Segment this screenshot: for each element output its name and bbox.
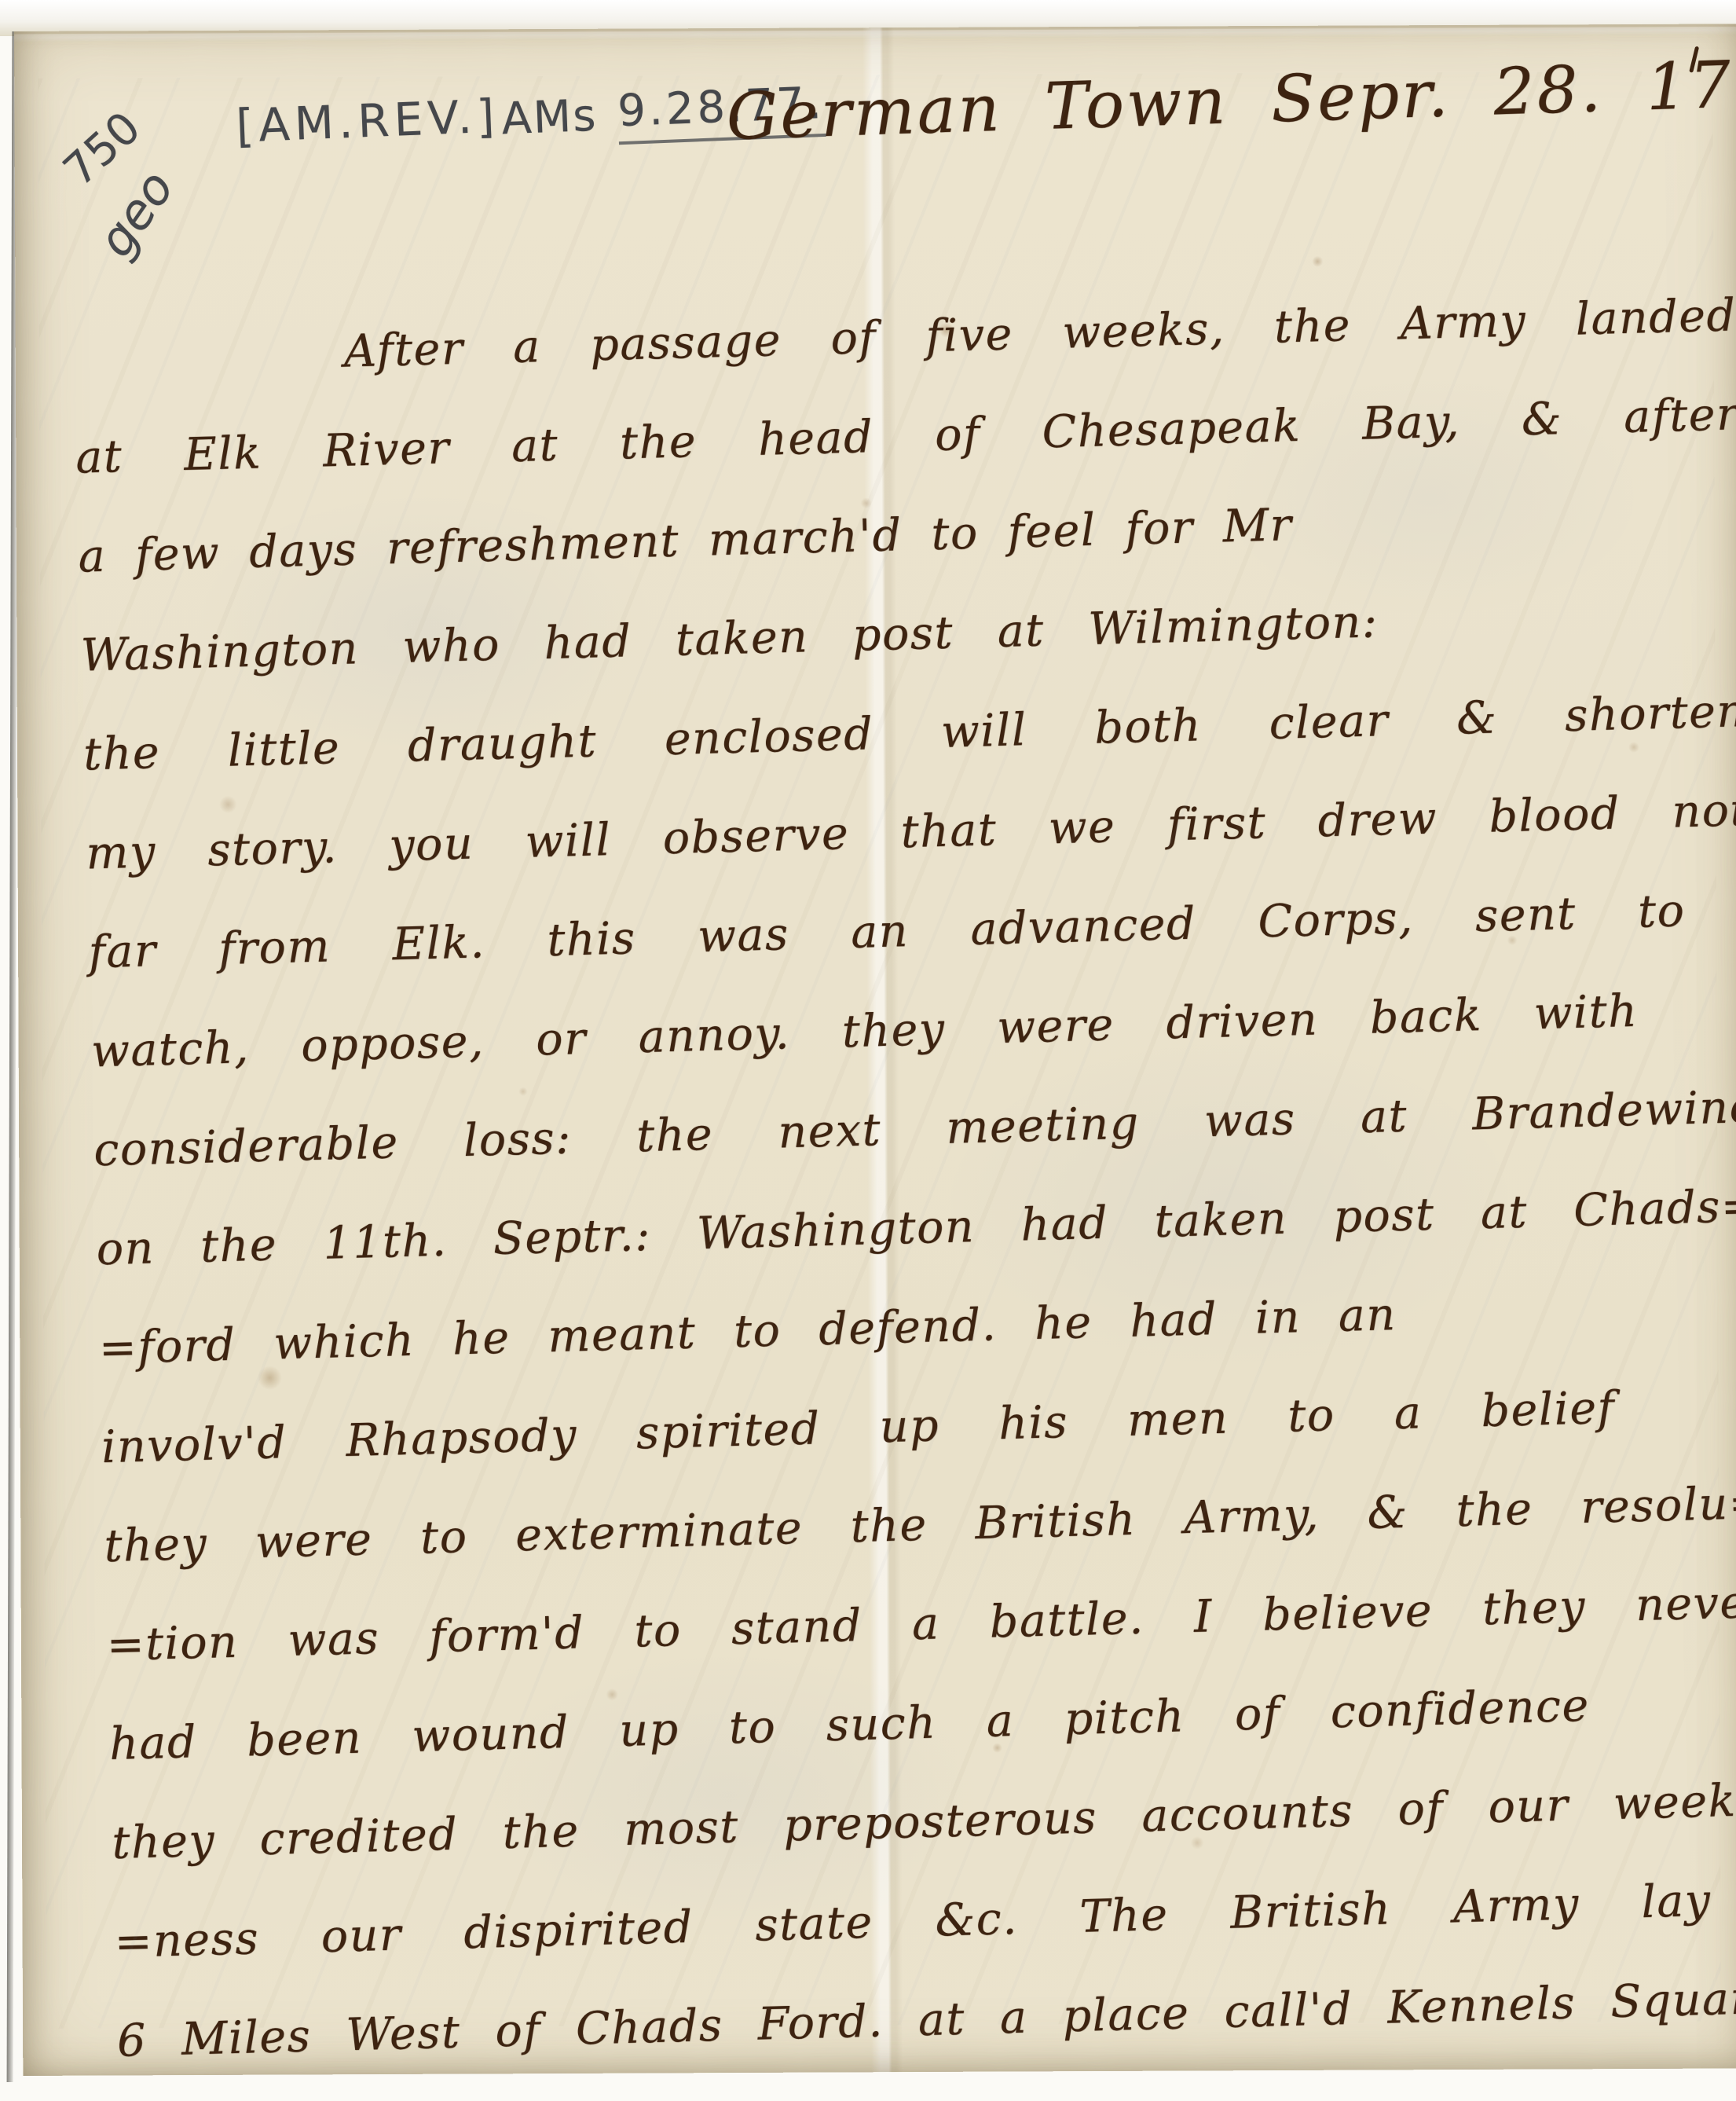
letter-paper: [AM.REV.] AMs 9.28.77. 750 geo German To… [14, 24, 1736, 2076]
letter-body: After a passage of five weeks, the Army … [72, 272, 1736, 2097]
letter-dateline: German Town Sepr. 28. 1777 [725, 50, 1654, 155]
pencil-format-note: AMs [500, 90, 598, 145]
pencil-collection-note: [AM.REV.] [235, 89, 500, 152]
